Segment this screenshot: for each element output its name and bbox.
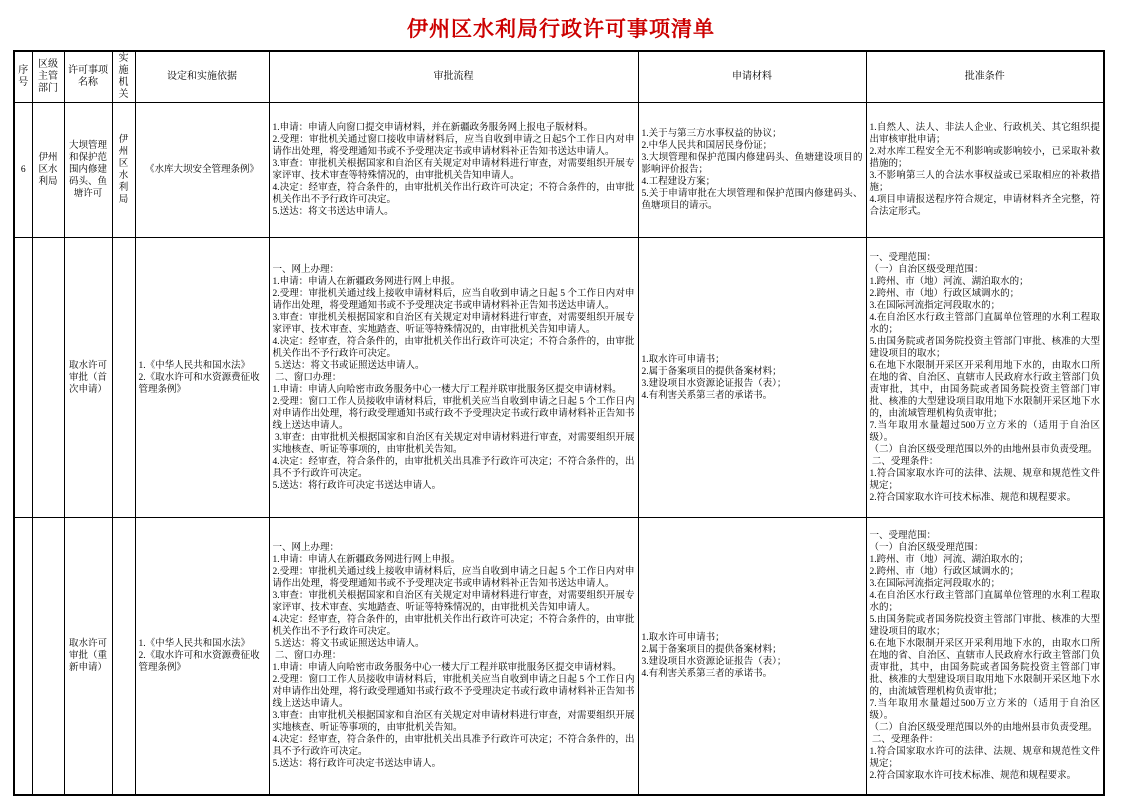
cell-basis: 1.《中华人民共和国水法》 2.《取水许可和水资源费征收管理条例》 (135, 518, 269, 795)
cell-process: 一、网上办理： 1.申请：申请人在新疆政务网进行网上申报。 2.受理：审批机关通… (269, 238, 638, 518)
cell-department (32, 518, 64, 795)
page-title: 伊州区水利局行政许可事项清单 (0, 13, 1122, 43)
table-row: 取水许可审批（首次申请） 1.《中华人民共和国水法》 2.《取水许可和水资源费征… (14, 238, 1104, 518)
cell-conditions: 一、受理范围： （一）自治区级受理范围： 1.跨州、市（地）河流、湖泊取水的； … (866, 518, 1104, 795)
cell-process: 一、网上办理： 1.申请：申请人在新疆政务网进行网上申报。 2.受理：审批机关通… (269, 518, 638, 795)
cell-item-name: 取水许可审批（重新申请） (64, 518, 112, 795)
cell-materials: 1.关于与第三方水事权益的协议； 2.中华人民共和国居民身份证； 3.大坝管理和… (638, 103, 866, 238)
header-row: 序号 区级主管部门 许可事项名称 实施机关 设定和实施依据 审批流程 申请材料 … (14, 51, 1104, 103)
table-row: 取水许可审批（重新申请） 1.《中华人民共和国水法》 2.《取水许可和水资源费征… (14, 518, 1104, 795)
cell-department (32, 238, 64, 518)
cell-department: 伊州区水利局 (32, 103, 64, 238)
cell-materials: 1.取水许可申请书； 2.属于备案项目的提供备案材料； 3.建设项目水资源论证报… (638, 238, 866, 518)
cell-seq (14, 238, 32, 518)
col-header-conditions: 批准条件 (866, 51, 1104, 103)
cell-materials: 1.取水许可申请书； 2.属于备案项目的提供备案材料； 3.建设项目水资源论证报… (638, 518, 866, 795)
cell-seq: 6 (14, 103, 32, 238)
col-header-item-name: 许可事项名称 (64, 51, 112, 103)
cell-seq (14, 518, 32, 795)
cell-item-name: 取水许可审批（首次申请） (64, 238, 112, 518)
license-table: 序号 区级主管部门 许可事项名称 实施机关 设定和实施依据 审批流程 申请材料 … (13, 50, 1105, 796)
cell-basis: 1.《中华人民共和国水法》 2.《取水许可和水资源费征收管理条例》 (135, 238, 269, 518)
col-header-seq: 序号 (14, 51, 32, 103)
cell-conditions: 1.自然人、法人、非法人企业、行政机关、其它组织提出审核审批申请； 2.对水库工… (866, 103, 1104, 238)
col-header-agency: 实施机关 (112, 51, 135, 103)
cell-process: 1.申请：申请人向窗口提交申请材料，并在新疆政务服务网上报电子版材料。 2.受理… (269, 103, 638, 238)
cell-agency (112, 518, 135, 795)
cell-item-name: 大坝管理和保护范围内修建码头、鱼塘许可 (64, 103, 112, 238)
cell-conditions: 一、受理范围： （一）自治区级受理范围： 1.跨州、市（地）河流、湖泊取水的； … (866, 238, 1104, 518)
col-header-basis: 设定和实施依据 (135, 51, 269, 103)
col-header-department: 区级主管部门 (32, 51, 64, 103)
col-header-materials: 申请材料 (638, 51, 866, 103)
cell-agency (112, 238, 135, 518)
cell-basis: 《水库大坝安全管理条例》 (135, 103, 269, 238)
cell-agency: 伊州区水利局 (112, 103, 135, 238)
col-header-process: 审批流程 (269, 51, 638, 103)
table-row: 6 伊州区水利局 大坝管理和保护范围内修建码头、鱼塘许可 伊州区水利局 《水库大… (14, 103, 1104, 238)
